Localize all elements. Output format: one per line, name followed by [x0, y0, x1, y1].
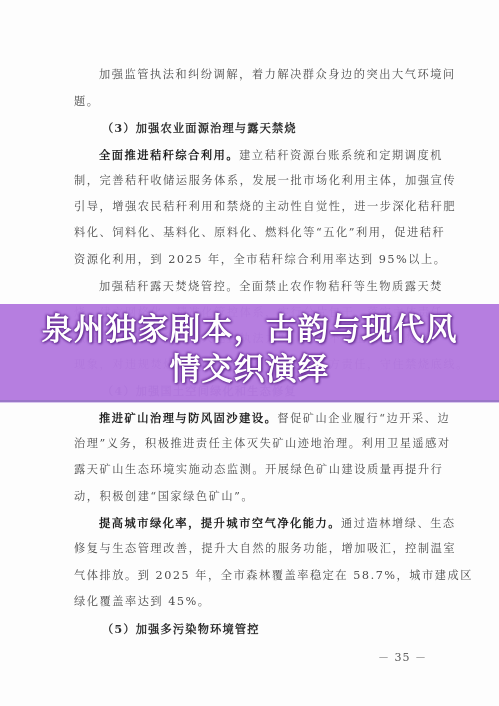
paragraph-line: 制，完善秸秆收储运服务体系，发展一批市场化利用主体，加强宣传: [74, 174, 424, 188]
paragraph-line: 治理”义务，积极推进责任主体灭失矿山迹地治理。利用卫星遥感对: [74, 437, 424, 451]
paragraph-lead-bold: 提高城市绿化率，提升城市空气净化能力。: [99, 516, 341, 530]
paragraph-line: 料化、饲料化、基料化、原料化、燃料化等“五化”利用，促进秸秆: [74, 226, 424, 240]
paragraph-line: 露天矿山生态环境实施动态监测。开展绿色矿山建设质量再提升行: [74, 463, 424, 477]
paragraph-text: 通过造林增绿、生态: [341, 517, 456, 530]
paragraph-line: 提高城市绿化率，提升城市空气净化能力。通过造林增绿、生态: [99, 516, 424, 531]
paragraph-line: 题。: [74, 95, 424, 109]
paragraph-line: 推进矿山治理与防风固沙建设。督促矿山企业履行“边开采、边: [99, 411, 424, 426]
paragraph-line: 全面推进秸秆综合利用。建立秸秆资源台账系统和定期调度机: [99, 148, 424, 163]
paragraph-line: 修复与生态管理改善，提升大自然的服务功能，增加吸汇，控制温室: [74, 542, 424, 556]
paragraph-text: 督促矿山企业履行“边开采、边: [277, 412, 450, 425]
headline-banner: 泉州独家剧本，古韵与现代风 情交织演绎: [0, 304, 499, 402]
paragraph-line: 气体排放。到 2025 年，全市森林覆盖率稳定在 58.7%，城市建成区: [74, 569, 424, 583]
banner-title-line1: 泉州独家剧本，古韵与现代风: [0, 311, 499, 349]
paragraph-line: 绿化覆盖率达到 45%。: [74, 595, 424, 609]
paragraph-line: 加强监管执法和纠纷调解，着力解决群众身边的突出大气环境问: [99, 68, 424, 82]
banner-title-line2: 情交织演绎: [0, 351, 499, 389]
paragraph-line: 资源化利用，到 2025 年，全市秸秆综合利用率达到 95%以上。: [74, 253, 424, 267]
paragraph-lead-bold: 推进矿山治理与防风固沙建设。: [99, 411, 277, 425]
paragraph-lead-bold: 全面推进秸秆综合利用。: [99, 148, 239, 162]
paragraph-line: 动，积极创建“国家绿色矿山”。: [74, 490, 424, 504]
paragraph-line: 引导，增强农民秸秆利用和禁烧的主动性自觉性，进一步深化秸秆肥: [74, 200, 424, 214]
page-number: － 35 －: [378, 649, 427, 665]
paragraph-line: 加强秸秆露天焚烧管控。全面禁止农作物秸秆等生物质露天焚: [99, 280, 424, 294]
section-heading: （3）加强农业面源治理与露天禁烧: [102, 121, 452, 135]
paragraph-text: 建立秸秆资源台账系统和定期调度机: [239, 149, 443, 162]
section-heading: （5）加强多污染物环境管控: [102, 622, 452, 636]
